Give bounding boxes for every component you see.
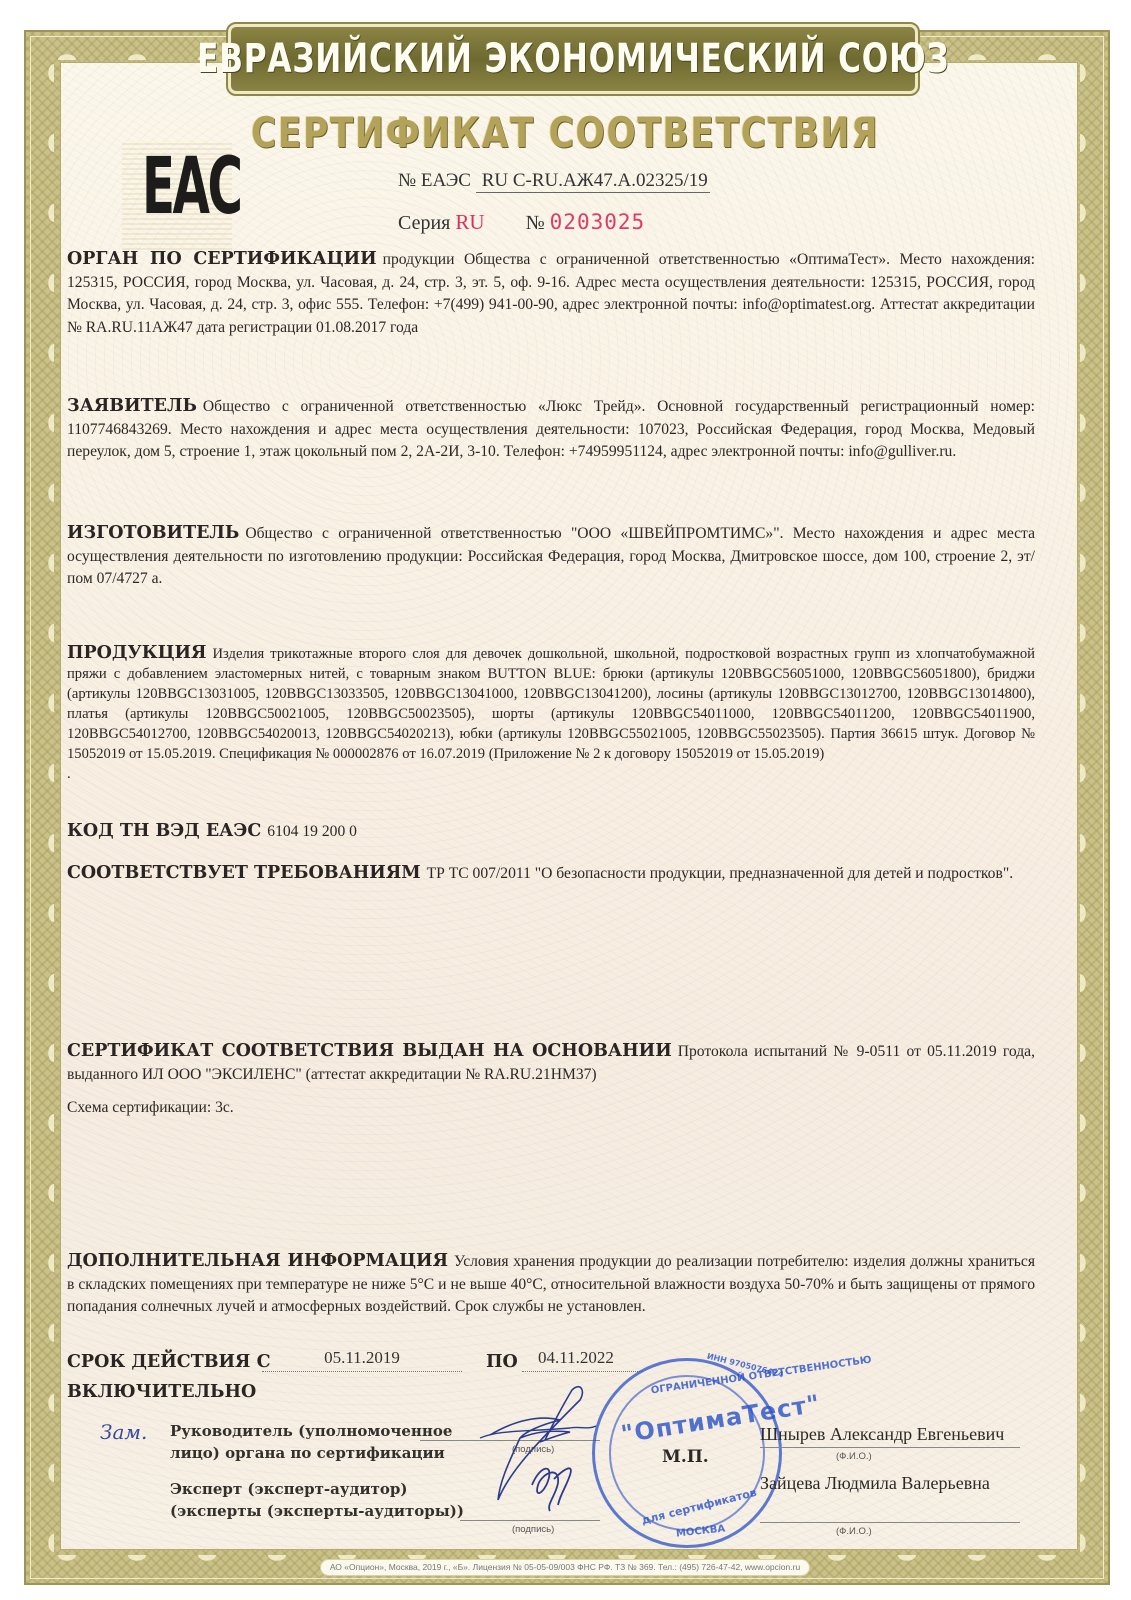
section-certification-body: ОРГАН ПО СЕРТИФИКАЦИИпродукции Общества … — [67, 248, 1035, 339]
certificate-number-value: RU C-RU.АЖ47.А.02325/19 — [476, 170, 710, 193]
section-label: ПРОДУКЦИЯ — [67, 643, 207, 663]
series-value: RU — [455, 210, 484, 234]
section-label: ИЗГОТОВИТЕЛЬ — [67, 523, 239, 543]
blank-series: Серия RU № 0203025 — [398, 210, 645, 235]
section-text: Изделия трикотажные второго слоя для дев… — [67, 646, 1035, 762]
section-scheme: Схема сертификации: 3с. — [67, 1097, 1035, 1120]
validity-from-date: 05.11.2019 — [262, 1348, 462, 1372]
validity-inclusive-label: ВКЛЮЧИТЕЛЬНО — [67, 1382, 256, 1402]
trailing-mark: . — [67, 764, 1035, 784]
validity-to-label: ПО — [486, 1352, 518, 1372]
section-product: ПРОДУКЦИЯИзделия трикотажные второго сло… — [67, 643, 1035, 784]
head-name: Шнырев Александр Евгеньевич — [760, 1424, 1004, 1445]
expert-signature-icon — [520, 1455, 580, 1515]
section-text: 6104 19 200 0 — [267, 823, 357, 840]
section-text: ТР ТС 007/2011 "О безопасности продукции… — [427, 865, 1013, 882]
expert-signature-caption: (подпись) — [512, 1524, 554, 1535]
section-manufacturer: ИЗГОТОВИТЕЛЬОбщество с ограниченной отве… — [67, 522, 1035, 591]
section-label: ЗАЯВИТЕЛЬ — [67, 396, 197, 416]
head-name-line — [760, 1447, 1020, 1448]
union-banner: ЕВРАЗИЙСКИЙ ЭКОНОМИЧЕСКИЙ СОЮЗ — [228, 24, 918, 94]
expert-name-line — [760, 1522, 1020, 1523]
section-additional-info: ДОПОЛНИТЕЛЬНАЯ ИНФОРМАЦИЯУсловия хранени… — [67, 1250, 1035, 1319]
frame-ornament-left — [28, 38, 54, 1577]
section-tn-ved-code: КОД ТН ВЭД ЕАЭС6104 19 200 0 — [67, 820, 1035, 844]
expert-name-caption: (Ф.И.О.) — [836, 1526, 872, 1537]
section-requirements: СООТВЕТСТВУЕТ ТРЕБОВАНИЯМТР ТС 007/2011 … — [67, 862, 1035, 886]
deputy-mark: Зам. — [100, 1420, 147, 1444]
section-text: Схема сертификации: 3с. — [67, 1099, 234, 1116]
seal-place-label: М.П. — [662, 1447, 709, 1467]
section-text: Общество с ограниченной ответственностью… — [67, 398, 1035, 460]
section-label: СЕРТИФИКАТ СООТВЕТСТВИЯ ВЫДАН НА ОСНОВАН… — [67, 1041, 672, 1061]
validity-from-label: СРОК ДЕЙСТВИЯ С — [67, 1352, 271, 1372]
expert-name: Зайцева Людмила Валерьевна — [760, 1473, 990, 1494]
validity-to-date: 04.11.2022 — [522, 1348, 642, 1372]
section-label: ОРГАН ПО СЕРТИФИКАЦИИ — [67, 249, 377, 269]
head-name-caption: (Ф.И.О.) — [836, 1451, 872, 1462]
printer-imprint: АО «Опцион», Москва, 2019 г., «Б». Лицен… — [320, 1559, 810, 1576]
section-label: СООТВЕТСТВУЕТ ТРЕБОВАНИЯМ — [67, 863, 421, 883]
expert-signature-line — [460, 1520, 600, 1521]
section-label: КОД ТН ВЭД ЕАЭС — [67, 821, 261, 841]
section-basis: СЕРТИФИКАТ СООТВЕТСТВИЯ ВЫДАН НА ОСНОВАН… — [67, 1040, 1035, 1086]
frame-ornament-right — [1080, 38, 1106, 1577]
head-label: Руководитель (уполномоченное лицо) орган… — [170, 1420, 452, 1464]
certificate-number: № ЕАЭС RU C-RU.АЖ47.А.02325/19 — [398, 170, 710, 192]
blank-number-value: 0203025 — [550, 210, 646, 234]
union-title: ЕВРАЗИЙСКИЙ ЭКОНОМИЧЕСКИЙ СОЮЗ — [197, 36, 949, 82]
eac-logo-icon: EAC — [142, 148, 241, 226]
section-label: ДОПОЛНИТЕЛЬНАЯ ИНФОРМАЦИЯ — [67, 1251, 448, 1271]
section-applicant: ЗАЯВИТЕЛЬОбщество с ограниченной ответст… — [67, 395, 1035, 464]
